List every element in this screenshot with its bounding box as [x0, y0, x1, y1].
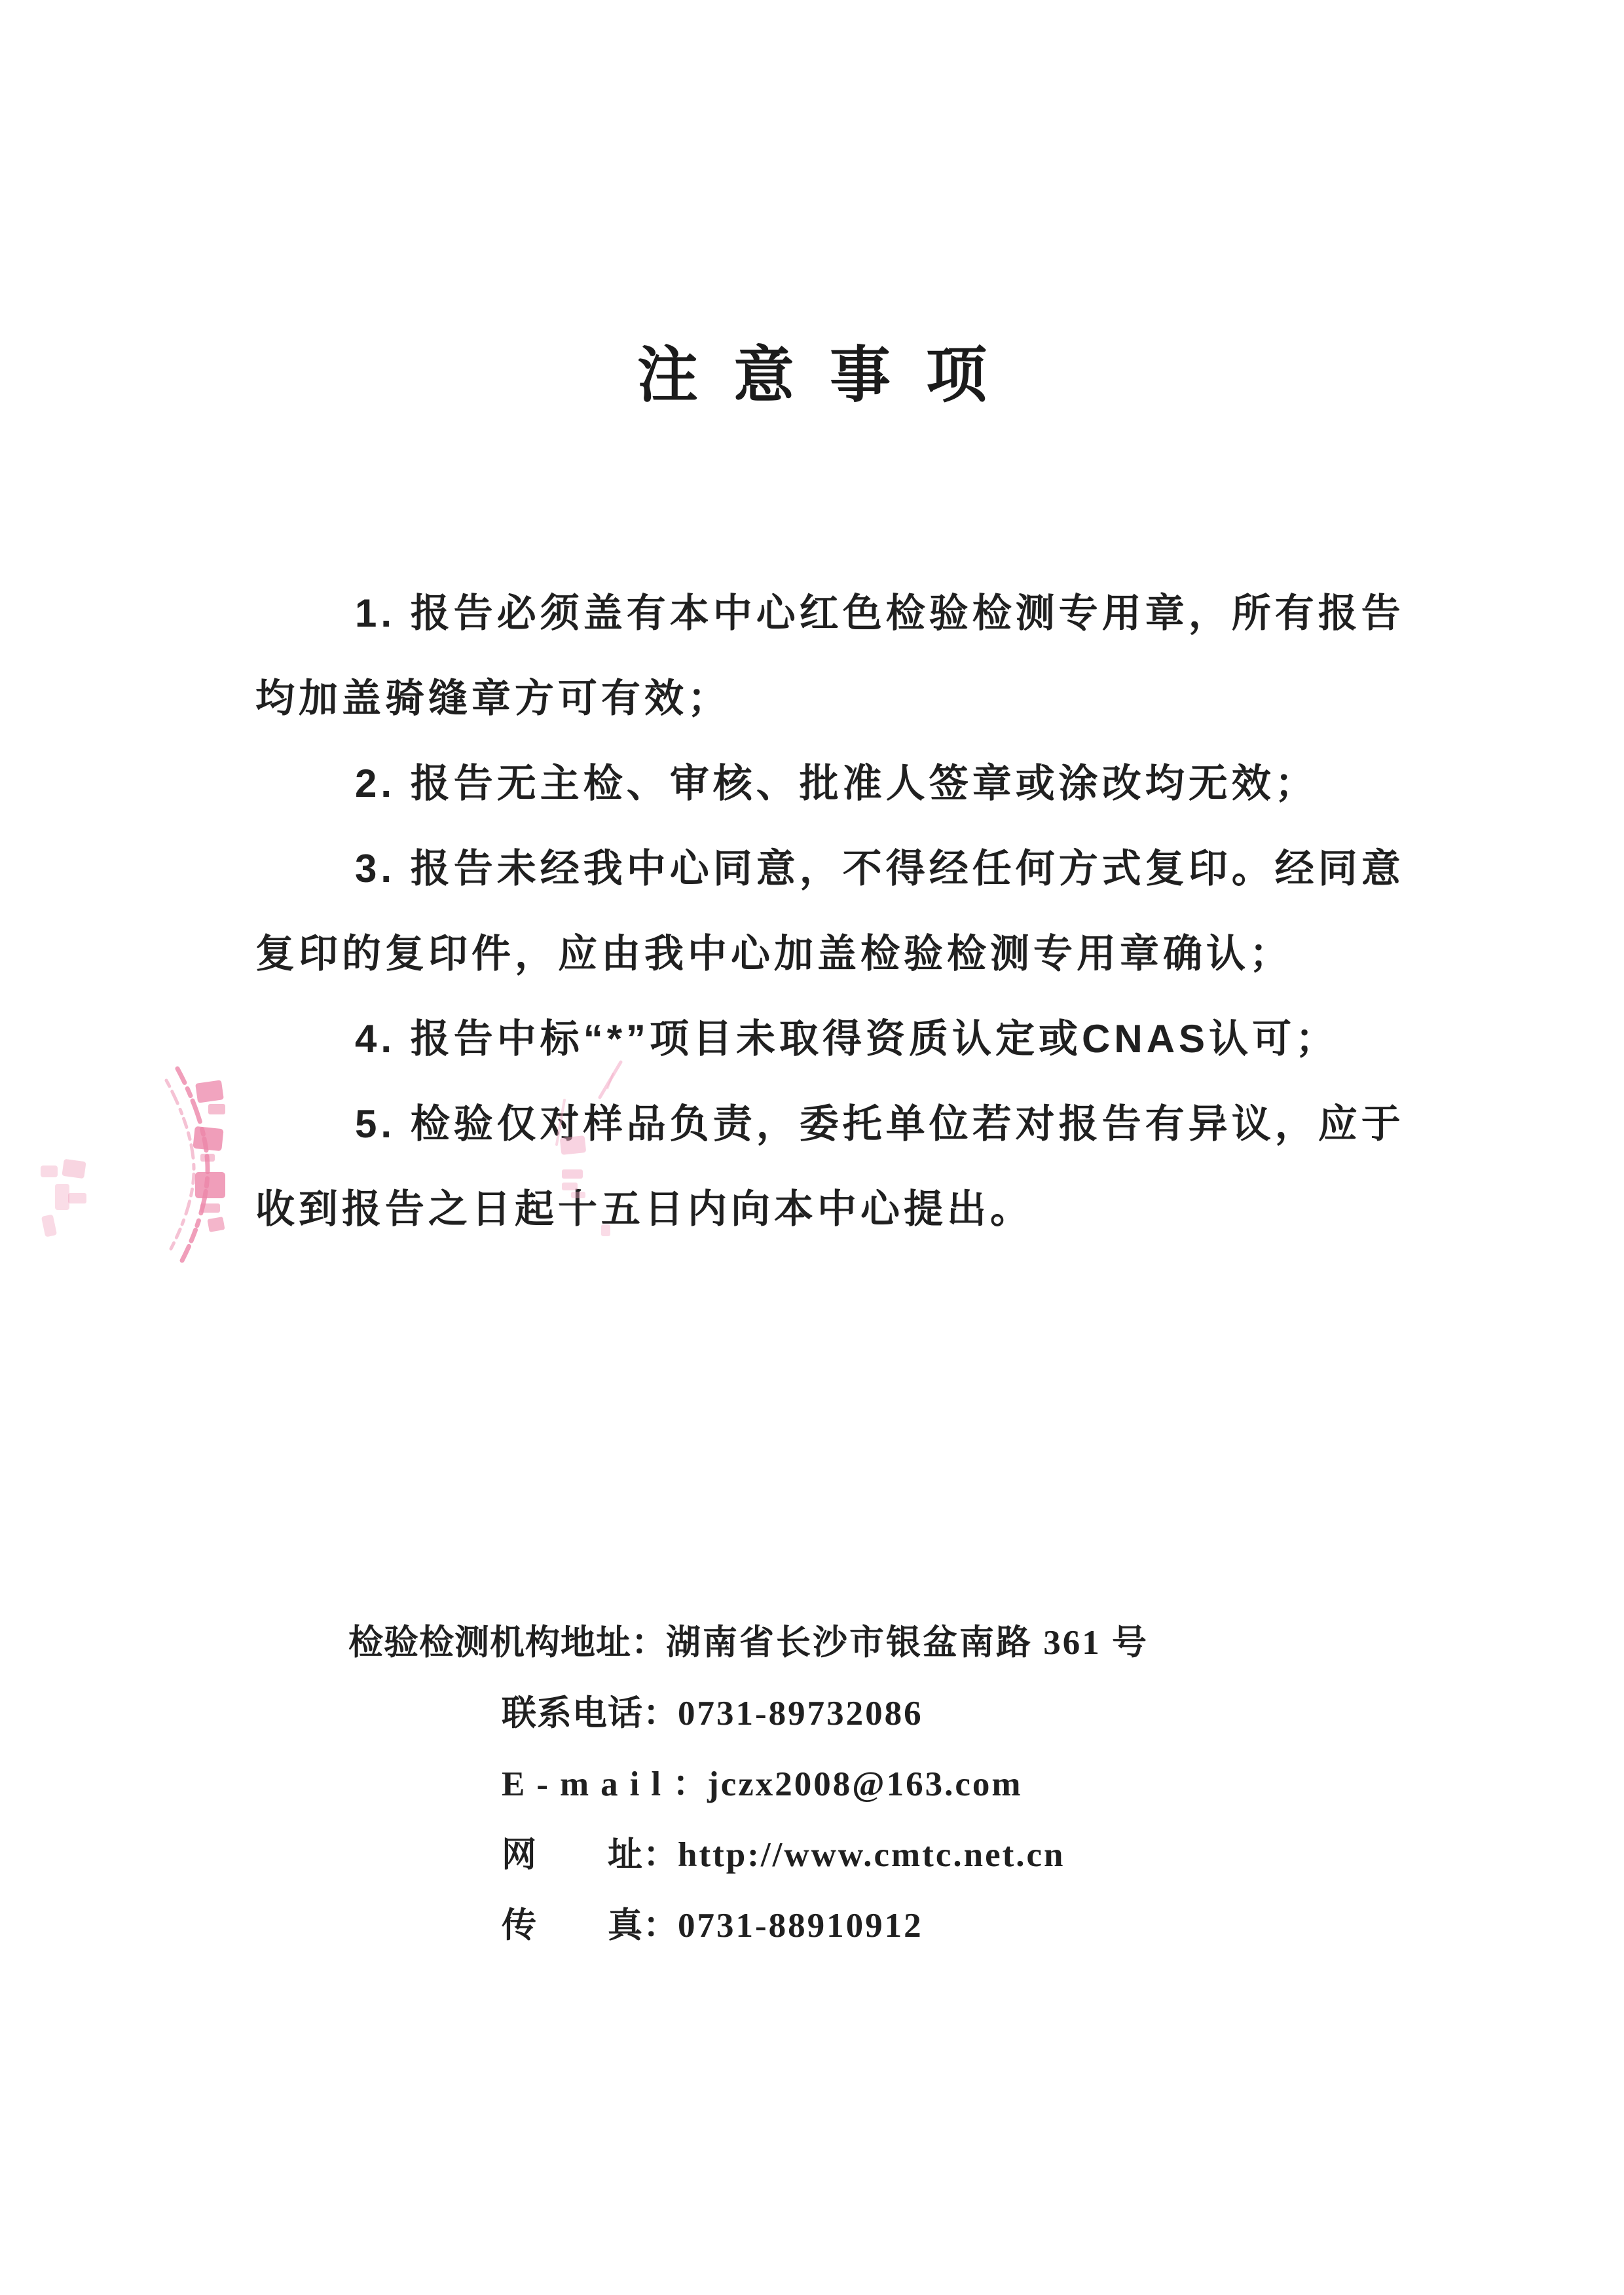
contact-address-value: 湖南省长沙市银盆南路 361 号: [666, 1608, 1149, 1678]
seal-outer-arc: [177, 1069, 208, 1263]
notice-line-3a: 3. 报告未经我中心同意，不得经任何方式复印。经同意: [255, 826, 1408, 911]
contact-phone-colon: ：: [643, 1678, 678, 1748]
seal-text-fragments: [193, 1080, 225, 1232]
notice-line-1b: 均加盖骑缝章方可有效；: [255, 656, 1408, 741]
contact-address-line: 检验检测机构地址：湖南省长沙市银盆南路 361 号: [348, 1607, 1331, 1678]
contact-email-label: E-mail: [502, 1750, 673, 1820]
seal-inner-arc: [166, 1080, 194, 1251]
page-title: 注意事项: [0, 342, 1624, 412]
notice-line-2: 2. 报告无主检、审核、批准人签章或涂改均无效；: [255, 741, 1408, 826]
contact-website-value: http://www.cmtc.net.cn: [678, 1820, 1065, 1890]
contact-block: 检验检测机构地址：湖南省长沙市银盆南路 361 号 联系电话：0731-8973…: [348, 1607, 1331, 1961]
notice-line-4: 4. 报告中标“*”项目未取得资质认定或CNAS认可；: [255, 997, 1408, 1082]
notice-line-5b: 收到报告之日起十五日内向本中心提出。: [255, 1167, 1408, 1252]
contact-fax-value: 0731-88910912: [678, 1891, 923, 1961]
seal-arc-group: [166, 1069, 208, 1263]
notice-page: 注意事项 1. 报告必须盖有本中心红色检验检测专用章，所有报告 均加盖骑缝章方可…: [0, 0, 1624, 2295]
contact-website-line: 网 址：http://www.cmtc.net.cn: [502, 1820, 1331, 1890]
contact-phone-label: 联系电话: [502, 1678, 643, 1748]
contact-website-label: 网 址: [502, 1820, 643, 1890]
contact-website-colon: ：: [643, 1820, 678, 1890]
contact-phone-value: 0731-89732086: [678, 1679, 923, 1749]
contact-email-line: E-mail：jczx2008@163.com: [502, 1749, 1331, 1820]
contact-email-colon: ：: [673, 1749, 707, 1819]
contact-email-value: jczx2008@163.com: [707, 1750, 1022, 1820]
notice-line-3b: 复印的复印件，应由我中心加盖检验检测专用章确认；: [255, 911, 1408, 997]
contact-address-label: 检验检测机构地址: [348, 1607, 631, 1678]
contact-fax-line: 传 真：0731-88910912: [502, 1890, 1331, 1961]
contact-fax-label: 传 真: [502, 1890, 643, 1960]
contact-fax-colon: ：: [643, 1890, 678, 1960]
notice-list: 1. 报告必须盖有本中心红色检验检测专用章，所有报告 均加盖骑缝章方可有效； 2…: [255, 571, 1408, 1252]
seal-left-smudge: [41, 1159, 86, 1238]
notice-line-1a: 1. 报告必须盖有本中心红色检验检测专用章，所有报告: [255, 571, 1408, 656]
contact-phone-line: 联系电话：0731-89732086: [502, 1678, 1331, 1749]
notice-line-5a: 5. 检验仅对样品负责，委托单位若对报告有异议，应于: [255, 1082, 1408, 1167]
contact-address-colon: ：: [631, 1607, 666, 1678]
